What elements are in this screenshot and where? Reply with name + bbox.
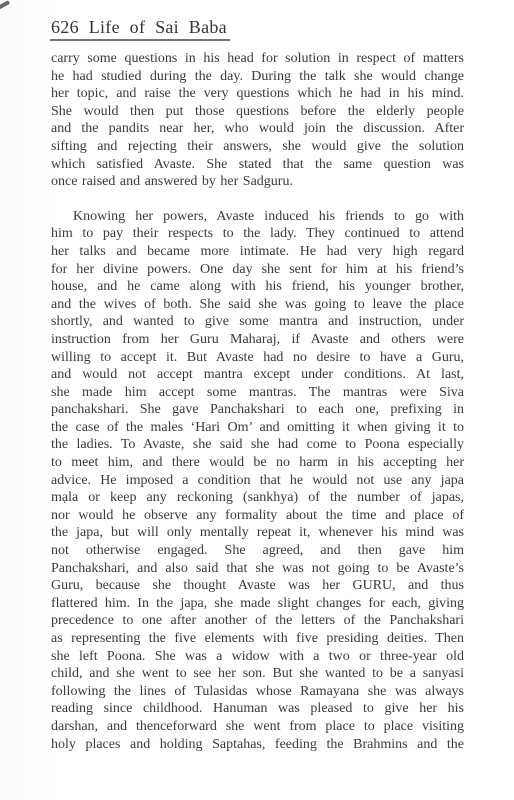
text-line: Knowing her powers, Avaste induced his f… [51, 208, 464, 226]
text-line: carry some questions in his head for sol… [51, 50, 464, 68]
paragraph-1: carry some questions in his head for sol… [51, 50, 464, 191]
text-line: as representing the five elements with f… [51, 630, 464, 648]
text-line: panchakshari. She gave Panchakshari to e… [51, 401, 464, 419]
text-line: which satisfied Avaste. She stated that … [51, 156, 464, 174]
text-line: her talks and became more intimate. He h… [51, 243, 464, 261]
text-line: for her divine powers. One day she sent … [51, 261, 464, 279]
text-line: to meet him, and there would be no harm … [51, 454, 464, 472]
text-line: reading since childhood. Hanuman was ple… [51, 700, 464, 718]
paragraph-2: Knowing her powers, Avaste induced his f… [51, 208, 464, 753]
text-line: advice. He imposed a condition that he w… [51, 472, 464, 490]
text-line: darshan, and thenceforward she went from… [51, 718, 464, 736]
text-line: and would not accept mantra except under… [51, 366, 464, 384]
scan-artifact-mark [0, 0, 10, 10]
text-line: the ladies. To Avaste, she said she had … [51, 436, 464, 454]
page-header: 626 Life of Sai Baba [51, 16, 464, 41]
book-page: 626 Life of Sai Baba carry some question… [0, 0, 514, 800]
text-line: once raised and answered by her Sadguru. [51, 173, 464, 191]
text-line: flattered him. In the japa, she made sli… [51, 595, 464, 613]
text-line: the japa, but will only mentally repeat … [51, 524, 464, 542]
text-line: sifting and rejecting their answers, she… [51, 138, 464, 156]
text-line: he had studied during the day. During th… [51, 68, 464, 86]
text-line: Panchakshari, and also said that she was… [51, 560, 464, 578]
text-line: her topic, and raise the very questions … [51, 85, 464, 103]
scan-smudge [290, 740, 440, 749]
text-line: precedence to one after another of the l… [51, 612, 464, 630]
text-line: nor would he observe any formality about… [51, 507, 464, 525]
text-line: she made him accept some mantras. The ma… [51, 384, 464, 402]
text-line: willing to accept it. But Avaste had no … [51, 349, 464, 367]
text-line: and the pandits near her, who would join… [51, 120, 464, 138]
text-line: child, and she went to see her son. But … [51, 665, 464, 683]
text-line: following the lines of Tulasidas whose R… [51, 683, 464, 701]
text-line: the case of the males ‘Hari Om’ and omit… [51, 419, 464, 437]
text-line: him to pay their respects to the lady. T… [51, 225, 464, 243]
text-line: and the wives of both. She said she was … [51, 296, 464, 314]
text-line: house, and he came along with his friend… [51, 278, 464, 296]
text-line: instruction from her Guru Maharaj, if Av… [51, 331, 464, 349]
running-head: 626 Life of Sai Baba [50, 16, 230, 41]
page-body: carry some questions in his head for sol… [51, 50, 464, 753]
text-line: not otherwise engaged. She agreed, and t… [51, 542, 464, 560]
text-line: Guru, because she thought Avaste was her… [51, 577, 464, 595]
text-line: shortly, and wanted to give some mantra … [51, 313, 464, 331]
text-line: she left Poona. She was a widow with a t… [51, 648, 464, 666]
text-line: She would then put those questions befor… [51, 103, 464, 121]
text-line: mạla or keep any reckoning (sankhya) of … [51, 489, 464, 507]
